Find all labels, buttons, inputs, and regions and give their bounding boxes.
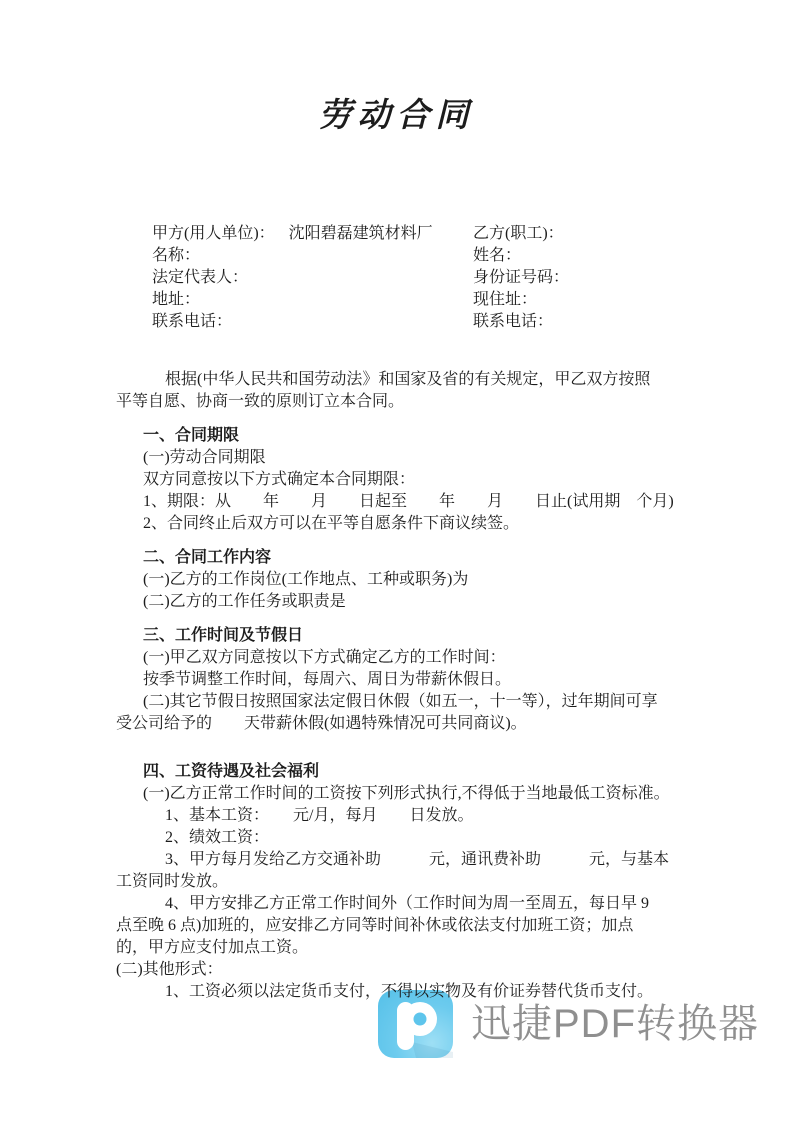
contract-line: 2、合同终止后双方可以在平等自愿条件下商议续签。 [113,513,693,535]
contract-line: 受公司给予的 天带薪休假(如遇特殊情况可共同商议)。 [113,713,693,735]
contract-line: 1、基本工资： 元/月，每月 日发放。 [113,805,693,827]
contract-line: (一)劳动合同期限 [113,447,693,469]
party-row: 地址： 现住址： [152,289,733,311]
party-b-role-label: 乙方(职工)： [473,223,733,245]
contract-line: 1、工资必须以法定货币支付，不得以实物及有价证券替代货币支付。 [113,981,693,1003]
contract-line: 1、期限：从 年 月 日起至 年 月 日止(试用期 个月) [113,491,693,513]
party-b-field-address: 现住址： [473,289,733,311]
party-a-field-address: 地址： [152,289,473,311]
party-row: 法定代表人： 身份证号码： [152,267,733,289]
contract-line: 2、绩效工资： [113,827,693,849]
contract-line: (一)甲乙双方同意按以下方式确定乙方的工作时间： [113,647,693,669]
contract-line: 点至晚 6 点)加班的，应安排乙方同等时间补休或依法支付加班工资；加点 [113,915,693,937]
party-a-role-label: 甲方(用人单位)： [152,225,275,242]
document-title: 劳动合同 [0,97,793,135]
section-salary-welfare: 四、工资待遇及社会福利 (一)乙方正常工作时间的工资按下列形式执行,不得低于当地… [113,761,693,1003]
party-b-field-phone: 联系电话： [473,311,733,333]
party-b-field-id-number: 身份证号码： [473,267,733,289]
preamble-line: 平等自愿、协商一致的原则订立本合同。 [113,391,693,413]
section-heading: 一、合同期限 [113,425,693,447]
contract-line: 工资同时发放。 [113,871,693,893]
contract-content: 劳动合同 甲方(用人单位)：沈阳碧磊建筑材料厂 乙方(职工)： 名称： 姓名： … [0,97,793,1003]
contract-line: (二)其它节假日按照国家法定假日休假（如五一，十一等），过年期间可享 [113,691,693,713]
party-row: 联系电话： 联系电话： [152,311,733,333]
party-a-field-name: 名称： [152,245,473,267]
party-a-field-legal-rep: 法定代表人： [152,267,473,289]
preamble-paragraph: 根据(中华人民共和国劳动法》和国家及省的有关规定，甲乙双方按照 平等自愿、协商一… [113,369,693,413]
section-heading: 三、工作时间及节假日 [113,625,693,647]
contract-line: 3、甲方每月发给乙方交通补助 元，通讯费补助 元，与基本 [113,849,693,871]
section-work-content: 二、合同工作内容 (一)乙方的工作岗位(工作地点、工种或职务)为 (二)乙方的工… [113,547,693,613]
section-contract-term: 一、合同期限 (一)劳动合同期限 双方同意按以下方式确定本合同期限： 1、期限：… [113,425,693,535]
contract-line: (二)乙方的工作任务或职责是 [113,591,693,613]
section-heading: 二、合同工作内容 [113,547,693,569]
party-a-role-line: 甲方(用人单位)：沈阳碧磊建筑材料厂 [152,223,473,245]
party-row: 名称： 姓名： [152,245,733,267]
party-b-field-name: 姓名： [473,245,733,267]
contract-line: 按季节调整工作时间，每周六、周日为带薪休假日。 [113,669,693,691]
party-row: 甲方(用人单位)：沈阳碧磊建筑材料厂 乙方(职工)： [152,223,733,245]
contract-line: (一)乙方的工作岗位(工作地点、工种或职务)为 [113,569,693,591]
contract-line: 4、甲方安排乙方正常工作时间外（工作时间为周一至周五，每日早 9 [113,893,693,915]
section-heading: 四、工资待遇及社会福利 [113,761,693,783]
section-work-hours-holidays: 三、工作时间及节假日 (一)甲乙双方同意按以下方式确定乙方的工作时间： 按季节调… [113,625,693,735]
party-a-field-phone: 联系电话： [152,311,473,333]
contract-line: (一)乙方正常工作时间的工资按下列形式执行,不得低于当地最低工资标准。 [113,783,693,805]
contract-line: 双方同意按以下方式确定本合同期限： [113,469,693,491]
contract-document-page: 迅捷PDF转换器 劳动合同 甲方(用人单位)：沈阳碧磊建筑材料厂 乙方(职工)：… [0,0,793,1122]
party-a-company-name: 沈阳碧磊建筑材料厂 [289,225,433,242]
party-info-block: 甲方(用人单位)：沈阳碧磊建筑材料厂 乙方(职工)： 名称： 姓名： 法定代表人… [152,223,733,333]
contract-line: (二)其他形式： [113,959,693,981]
preamble-line: 根据(中华人民共和国劳动法》和国家及省的有关规定，甲乙双方按照 [113,369,693,391]
contract-line: 的，甲方应支付加点工资。 [113,937,693,959]
